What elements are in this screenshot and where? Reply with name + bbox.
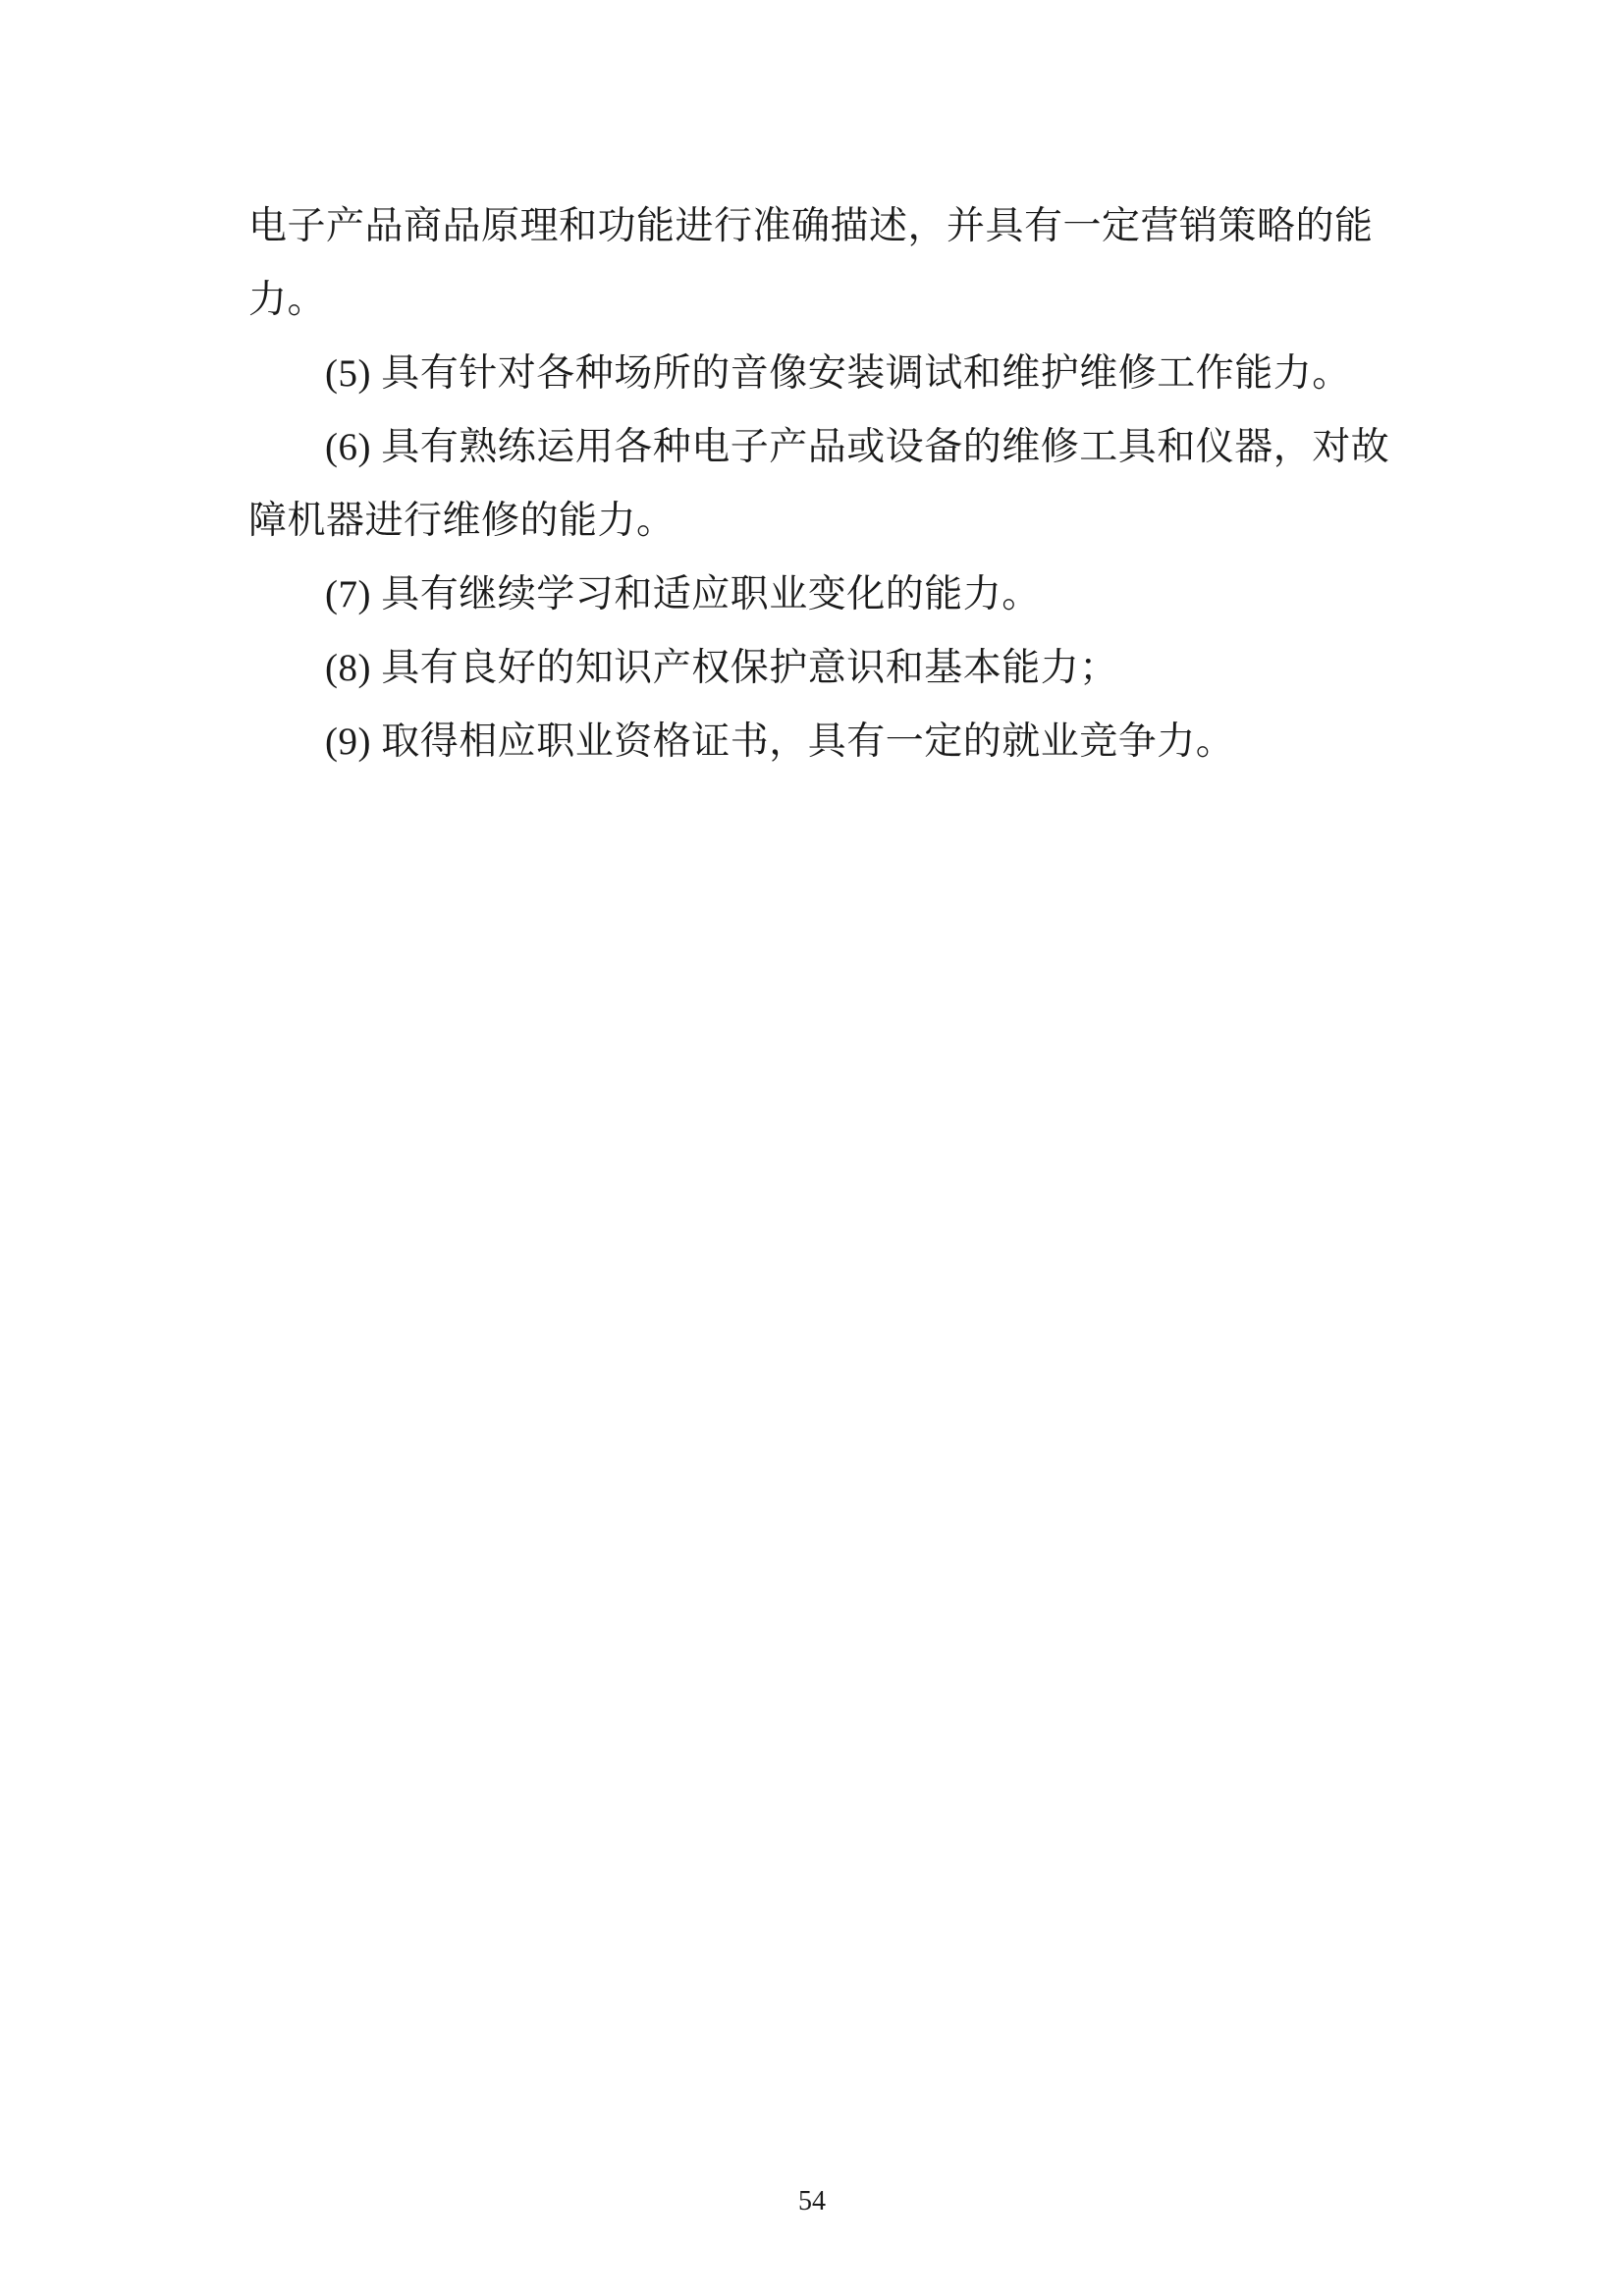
text-line: 障机器进行维修的能力。	[248, 484, 1387, 558]
text-line: 力。	[248, 263, 1387, 337]
document-page: 电子产品商品原理和功能进行准确描述，并具有一定营销策略的能 力。 (5) 具有针…	[0, 0, 1624, 2296]
text-line-item-9: (9) 取得相应职业资格证书，具有一定的就业竞争力。	[248, 705, 1387, 778]
text-line: 电子产品商品原理和功能进行准确描述，并具有一定营销策略的能	[248, 189, 1387, 263]
text-line-item-8: (8) 具有良好的知识产权保护意识和基本能力；	[248, 631, 1387, 705]
body-text: 电子产品商品原理和功能进行准确描述，并具有一定营销策略的能 力。 (5) 具有针…	[248, 189, 1387, 778]
text-line-item-7: (7) 具有继续学习和适应职业变化的能力。	[248, 558, 1387, 631]
text-line-item-6: (6) 具有熟练运用各种电子产品或设备的维修工具和仪器，对故	[248, 410, 1387, 484]
text-line-item-5: (5) 具有针对各种场所的音像安装调试和维护维修工作能力。	[248, 337, 1387, 410]
page-number: 54	[0, 2185, 1624, 2218]
